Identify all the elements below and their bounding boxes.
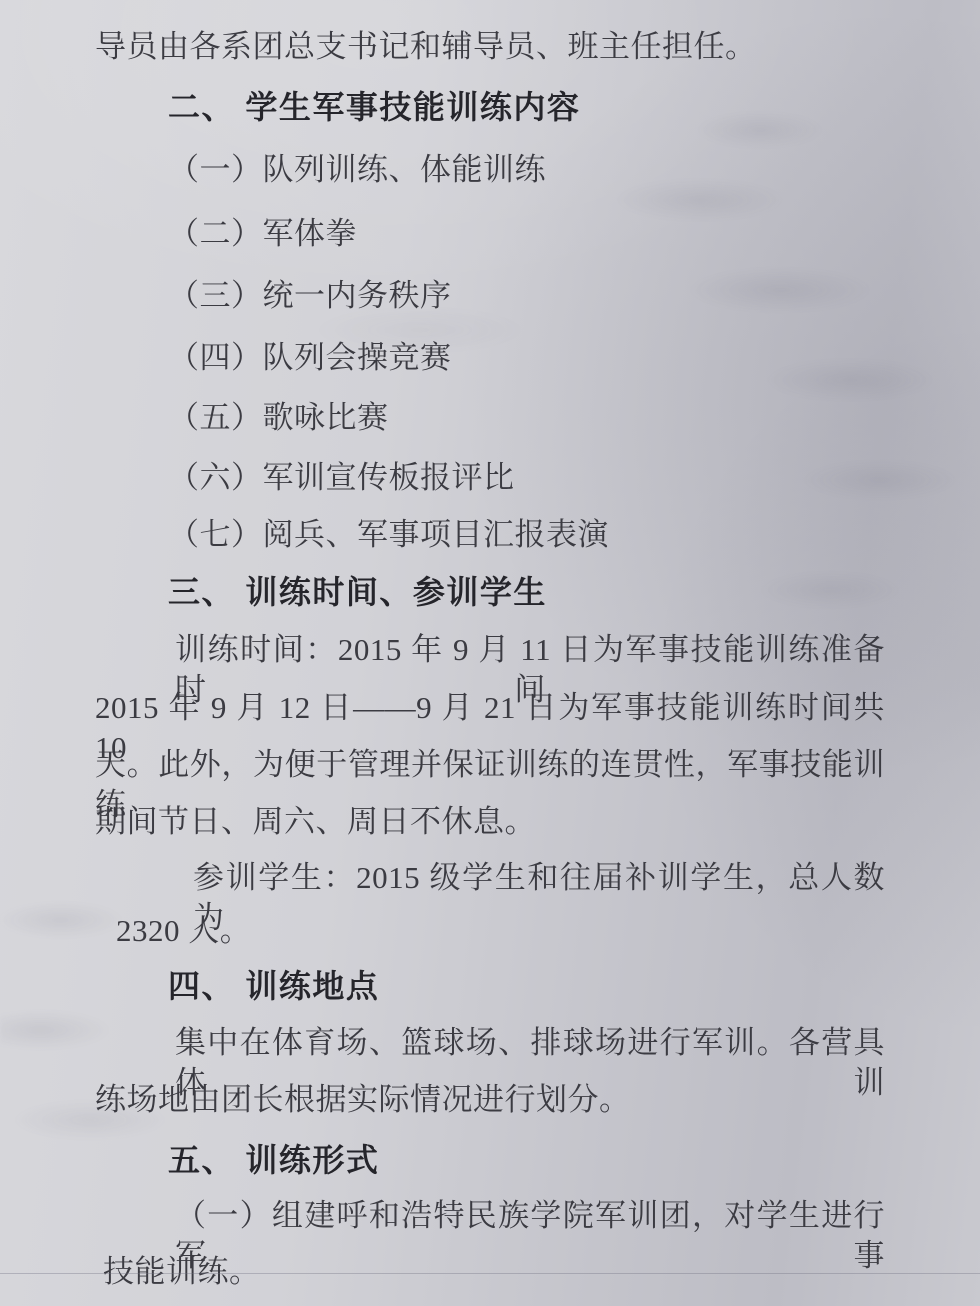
list-item-7: （七）阅兵、军事项目汇报表演 — [168, 515, 609, 555]
list-item-3: （三）统一内务秩序 — [168, 276, 452, 316]
list-item-5: （五）歌咏比赛 — [168, 398, 389, 438]
document-photo: 导员由各系团总支书记和辅导员、班主任担任。 二、 学生军事技能训练内容 （一）队… — [0, 0, 980, 1306]
body-line: （一）组建呼和浩特民族学院军训团，对学生进行军事 — [175, 1196, 885, 1276]
section-heading-5: 五、 训练形式 — [168, 1140, 379, 1180]
list-item-1: （一）队列训练、体能训练 — [168, 150, 546, 190]
body-line: 参训学生：2015 级学生和往届补训学生，总人数为 — [193, 858, 885, 938]
body-line: 2320 人。 — [116, 911, 251, 951]
section-heading-4: 四、 训练地点 — [168, 966, 379, 1006]
list-item-2: （二）军体拳 — [168, 214, 357, 254]
body-line: 导员由各系团总支书记和辅导员、班主任担任。 — [95, 27, 757, 67]
body-line: 期间节日、周六、周日不休息。 — [95, 802, 536, 842]
section-heading-2: 二、 学生军事技能训练内容 — [168, 87, 580, 127]
body-line: 练场地由团长根据实际情况进行划分。 — [95, 1080, 631, 1120]
body-line: 技能训练。 — [103, 1252, 261, 1292]
list-item-6: （六）军训宣传板报评比 — [168, 458, 515, 498]
list-item-4: （四）队列会操竞赛 — [168, 338, 452, 378]
section-heading-3: 三、 训练时间、参训学生 — [168, 572, 547, 612]
